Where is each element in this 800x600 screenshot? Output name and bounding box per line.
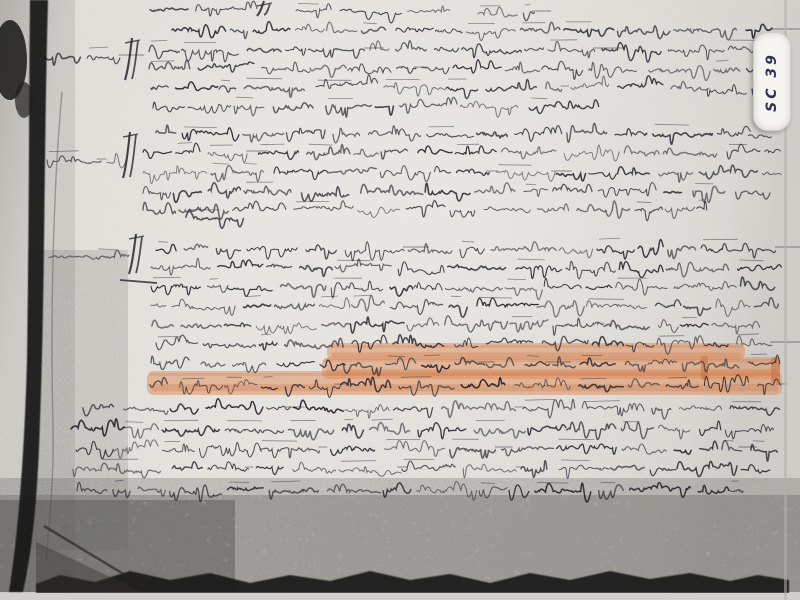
archival-reference-tab: SC 39 xyxy=(753,32,791,131)
scanner-bed-strip xyxy=(0,593,800,600)
scan-artifacts-layer xyxy=(0,0,800,600)
manuscript-scan: SC 39 xyxy=(0,0,800,600)
scan-blotch-small xyxy=(15,82,33,118)
archival-reference-label: SC 39 xyxy=(764,52,780,112)
